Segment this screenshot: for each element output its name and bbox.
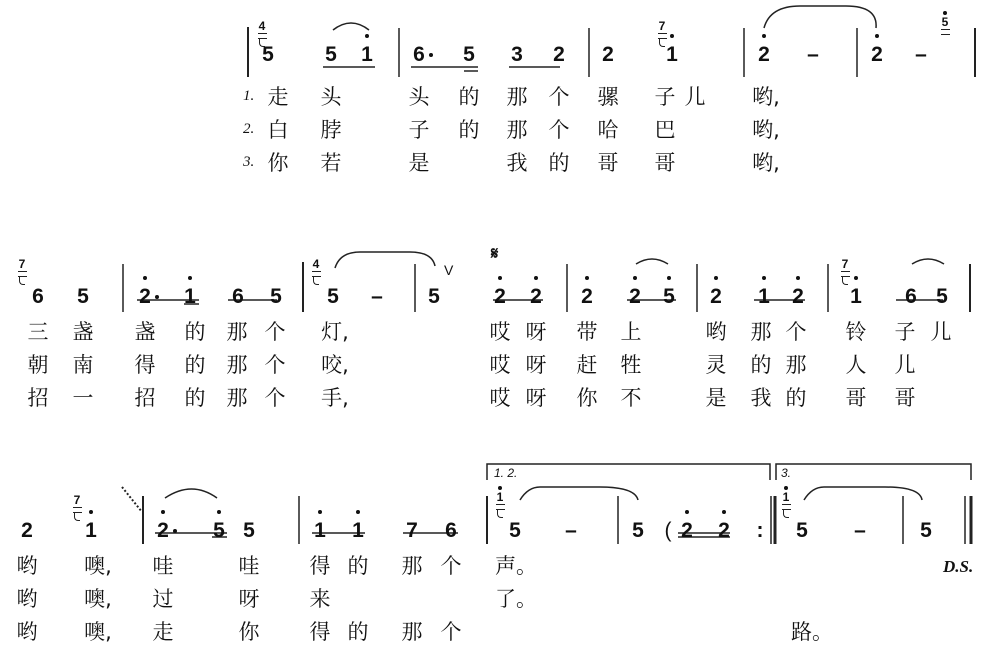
octave-high-dot [217,510,221,514]
lyric-char: 子 [895,322,916,343]
grace-hook [783,510,789,518]
octave-high-dot [722,510,726,514]
lyric-char: 你 [577,388,598,409]
volta-label-1-2: 1. 2. [494,466,517,480]
grace-note: 1 [783,491,790,503]
grace-note: 5 [942,16,949,28]
lyric-char: 呀 [526,355,547,376]
octave-high-dot [498,486,502,490]
lyric-char: 得 [310,556,331,577]
lyric-char: 灯, [321,322,349,343]
lyric-char: 南 [73,355,94,376]
lyric-char: 了。 [495,589,537,610]
note-digit: – [854,520,866,541]
note-digit: 1 [184,286,196,307]
lyric-char: 路。 [791,622,833,643]
lyric-char: 哥 [655,153,676,174]
note-digit: 2 [581,286,593,307]
note-digit: 3 [511,44,523,65]
lyric-char: 个 [441,556,462,577]
note-digit: 1 [361,44,373,65]
lyric-char: 那 [507,87,528,108]
note-digit: 5 [327,286,339,307]
verse-number-1: 1. [243,89,254,104]
lyric-char: 白 [268,120,289,141]
lyric-char: 是 [409,153,430,174]
note-digit: 5 [77,286,89,307]
grace-note: 7 [74,494,81,506]
lyric-char: 那 [227,388,248,409]
lyric-char: 铃 [846,322,867,343]
lyric-char: 招 [28,388,49,409]
grace-hook [19,277,25,285]
lyric-char: 个 [441,622,462,643]
lyric-char: 那 [402,556,423,577]
augmentation-dot [155,295,159,299]
ds-marking: D.S. [943,557,973,577]
lyric-char: 儿 [685,87,706,108]
grace-hook [659,39,665,47]
grace-hook [313,277,319,285]
lyric-char: 那 [402,622,423,643]
lyric-char: 那 [786,355,807,376]
lyric-char: 不 [621,388,642,409]
grace-hook [259,39,265,47]
note-digit: – [915,44,927,65]
lyric-char: 儿 [895,355,916,376]
augmentation-dot [429,53,433,57]
lyric-char: 噢, [84,622,112,643]
lyric-char: 来 [310,589,331,610]
note-digit: 6 [413,44,425,65]
lyric-char: 的 [459,120,480,141]
note-digit: 5 [632,520,644,541]
lyric-char: 的 [185,355,206,376]
lyric-char: 呀 [239,589,260,610]
lyric-char: 哟, [752,87,780,108]
lyric-char: 哇 [239,556,260,577]
lyric-char: 那 [751,322,772,343]
lyric-char: 的 [185,388,206,409]
verse-number-2: 2. [243,122,254,137]
lyric-char: 灵 [706,355,727,376]
lyric-char: 那 [507,120,528,141]
grace-hook [497,510,503,518]
note-digit: 5 [663,286,675,307]
paren-open: ( [665,520,672,541]
note-digit: 5 [509,520,521,541]
grace-note: 7 [842,258,849,270]
note-digit: 2 [758,44,770,65]
segno-sign: 𝄋 [491,244,498,264]
octave-high-dot [161,510,165,514]
note-digit: 5 [920,520,932,541]
note-digit: 5 [213,520,225,541]
lyric-char: 儿 [931,322,952,343]
lyric-char: 走 [153,622,174,643]
lyric-char: 噢, [84,589,112,610]
lyric-char: 三 [28,322,49,343]
note-digit: 2 [681,520,693,541]
lyric-char: 头 [409,87,430,108]
lyric-char: 个 [549,87,570,108]
note-digit: 5 [325,44,337,65]
lyric-char: 的 [549,153,570,174]
lyric-char: 带 [577,322,598,343]
note-digit: 2 [494,286,506,307]
lyric-char: 盏 [135,322,156,343]
octave-high-dot [318,510,322,514]
lyric-char: 个 [265,355,286,376]
lyric-char: 脖 [321,120,342,141]
note-digit: 6 [445,520,457,541]
octave-high-dot [943,11,947,15]
grace-note: 4 [313,258,320,270]
note-digit: 2 [21,520,33,541]
note-digit: 6 [232,286,244,307]
lyric-char: 个 [786,322,807,343]
octave-high-dot [670,34,674,38]
lyric-char: 哎 [490,322,511,343]
lyric-char: 的 [348,622,369,643]
note-digit: 2 [718,520,730,541]
lyric-char: 呀 [526,388,547,409]
note-digit: 2 [792,286,804,307]
lyric-char: 朝 [28,355,49,376]
grace-underline [941,29,950,35]
lyric-char: 一 [73,388,94,409]
octave-high-dot [143,276,147,280]
lyric-char: 咬, [321,355,349,376]
lyric-char: 哎 [490,388,511,409]
lyric-char: 我 [751,388,772,409]
octave-high-dot [784,486,788,490]
lyric-char: 个 [265,322,286,343]
lyric-char: 哟 [17,589,38,610]
note-digit: 5 [262,44,274,65]
lyric-char: 的 [185,322,206,343]
note-digit: – [371,286,383,307]
lyric-char: 那 [227,355,248,376]
note-digit: 2 [157,520,169,541]
note-digit: 5 [796,520,808,541]
lyric-char: 哥 [846,388,867,409]
octave-high-dot [188,276,192,280]
lyric-char: 呀 [526,322,547,343]
note-digit: – [565,520,577,541]
lyric-char: 过 [153,589,174,610]
note-digit: 2 [629,286,641,307]
octave-high-dot [854,276,858,280]
octave-high-dot [875,34,879,38]
breath-mark: V [444,262,453,278]
lyric-char: 哎 [490,355,511,376]
lyric-char: 哟 [706,322,727,343]
lyric-char: 人 [846,355,867,376]
lyric-char: 哟 [17,556,38,577]
grace-note: 7 [659,20,666,32]
lyric-char: 的 [751,355,772,376]
verse-number-3: 3. [243,155,254,170]
note-digit: 5 [270,286,282,307]
lyric-char: 的 [348,556,369,577]
lyric-char: 个 [549,120,570,141]
octave-high-dot [498,276,502,280]
grace-note: 4 [259,20,266,32]
lyric-char: 手, [321,388,349,409]
lyric-char: 你 [268,153,289,174]
note-digit: 6 [905,286,917,307]
octave-high-dot [585,276,589,280]
lyric-char: 得 [135,355,156,376]
octave-high-dot [89,510,93,514]
note-digit: 1 [666,44,678,65]
note-digit: 5 [463,44,475,65]
lyric-char: 那 [227,322,248,343]
note-digit: 2 [530,286,542,307]
lyric-char: 走 [268,87,289,108]
octave-high-dot [633,276,637,280]
octave-high-dot [762,34,766,38]
note-digit: 1 [850,286,862,307]
lyric-char: 的 [459,87,480,108]
lyric-char: 哟, [752,153,780,174]
octave-high-dot [667,276,671,280]
lyric-char: 噢, [84,556,112,577]
lyric-char: 盏 [73,322,94,343]
note-digit: 2 [553,44,565,65]
octave-high-dot [714,276,718,280]
lyric-char: 若 [321,153,342,174]
note-digit: 1 [758,286,770,307]
note-digit: – [807,44,819,65]
lyric-char: 哇 [153,556,174,577]
lyric-char: 子 [655,87,676,108]
lyric-char: 骡 [598,87,619,108]
note-digit: 5 [428,286,440,307]
note-digit: 1 [85,520,97,541]
grace-note: 7 [19,258,26,270]
lyric-char: 是 [706,388,727,409]
lyric-char: 个 [265,388,286,409]
note-digit: 2 [602,44,614,65]
lyric-char: 赶 [577,355,598,376]
note-digit: 2 [871,44,883,65]
octave-high-dot [762,276,766,280]
augmentation-dot [173,529,177,533]
lyric-char: 哥 [895,388,916,409]
note-digit: 6 [32,286,44,307]
note-digit: 2 [139,286,151,307]
octave-high-dot [685,510,689,514]
note-digit: 2 [710,286,722,307]
grace-hook [74,513,80,521]
repeat-dots: : [757,520,764,541]
lyric-char: 哈 [598,120,619,141]
note-digit: 5 [936,286,948,307]
grace-hook [842,277,848,285]
note-digit: 1 [352,520,364,541]
lyric-char: 哟, [752,120,780,141]
lyric-char: 头 [321,87,342,108]
octave-high-dot [534,276,538,280]
note-digit: 1 [314,520,326,541]
lyric-char: 哟 [17,622,38,643]
volta-label-3: 3. [781,466,791,480]
lyric-char: 的 [786,388,807,409]
octave-high-dot [796,276,800,280]
lyric-char: 你 [239,622,260,643]
note-digit: 5 [243,520,255,541]
lyric-char: 哥 [598,153,619,174]
note-digit: 7 [406,520,418,541]
octave-high-dot [365,34,369,38]
octave-high-dot [356,510,360,514]
lyric-char: 子 [409,120,430,141]
lyric-char: 巴 [655,120,676,141]
lyric-char: 上 [621,322,642,343]
lyric-char: 招 [135,388,156,409]
lyric-char: 我 [507,153,528,174]
grace-note: 1 [497,491,504,503]
lyric-char: 声。 [495,556,537,577]
lyric-char: 牲 [621,355,642,376]
lyric-char: 得 [310,622,331,643]
